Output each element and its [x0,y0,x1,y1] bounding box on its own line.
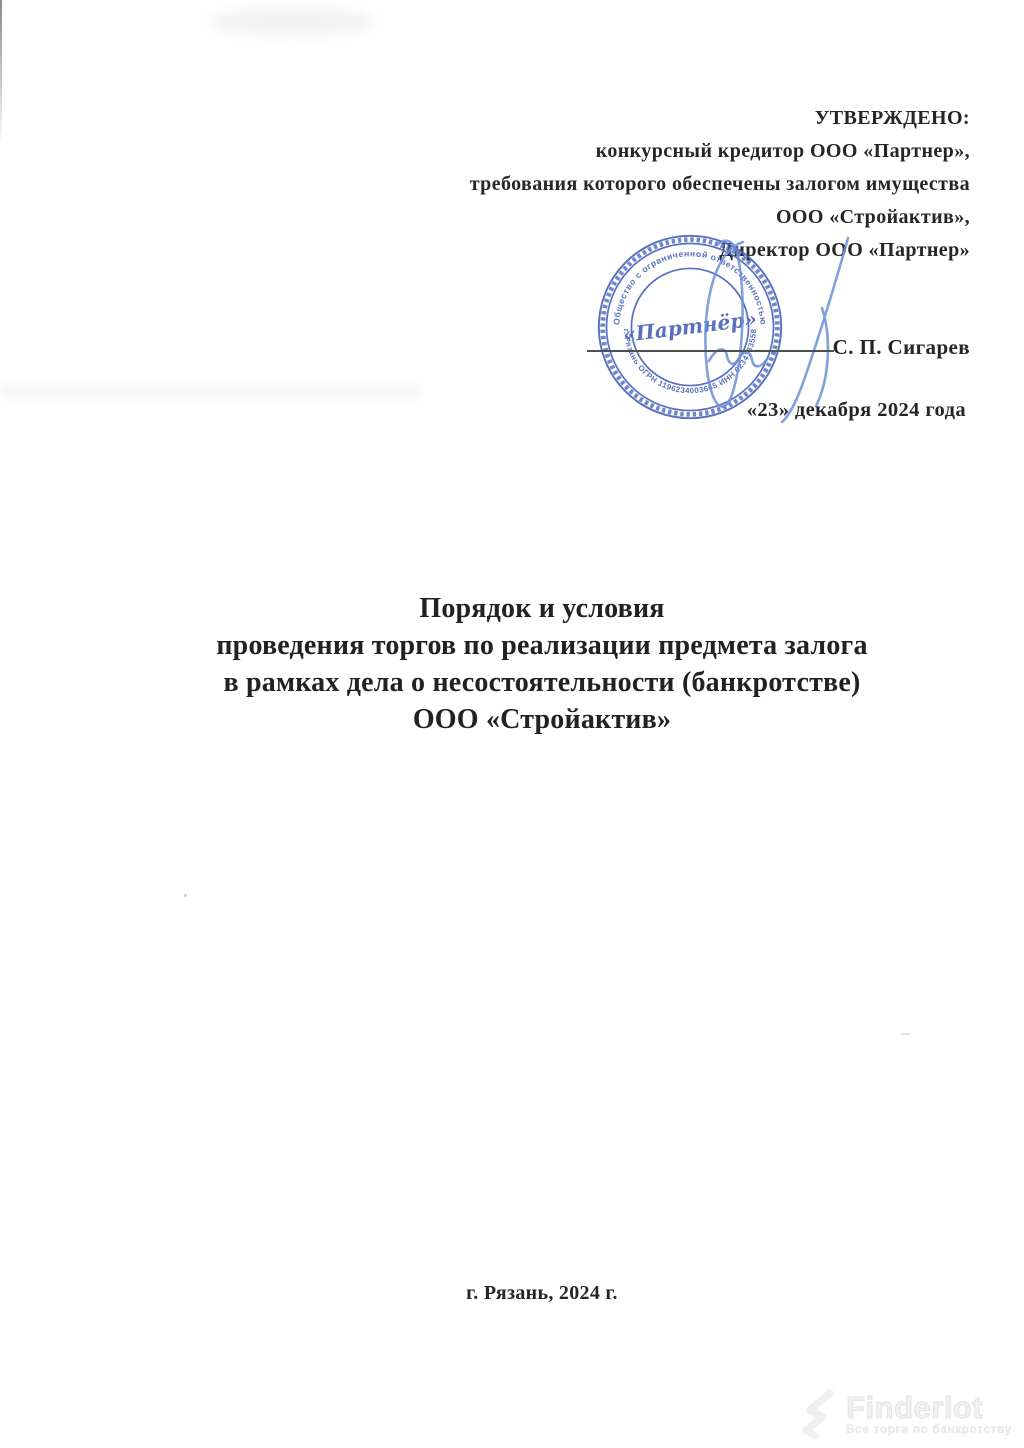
title-line-2: проведения торгов по реализации предмета… [60,627,1024,664]
approval-line-3: требования которого обеспечены залогом и… [470,168,970,201]
finderlot-logo-icon [795,1386,839,1442]
scan-speck [901,1033,910,1035]
scan-smudge [210,8,375,36]
watermark-tagline: Все торги по банкротству [846,1424,1012,1436]
signature-line [587,350,834,352]
watermark-text: Finderlot Все торги по банкротству [846,1393,1012,1436]
watermark-brand: Finderlot [846,1393,1012,1423]
scan-edge-artifact [0,0,2,145]
document-title: Порядок и условия проведения торгов по р… [60,590,1024,738]
approval-date: «23» декабря 2024 года [747,399,966,422]
city-year-line: г. Рязань, 2024 г. [60,1282,1024,1305]
title-line-4: ООО «Стройактив» [60,701,1024,738]
document-page: УТВЕРЖДЕНО: конкурсный кредитор ООО «Пар… [0,0,1024,1448]
approval-line-2: конкурсный кредитор ООО «Партнер», [470,135,970,168]
finderlot-watermark: Finderlot Все торги по банкротству [795,1386,1012,1442]
scan-shadow-band [0,384,420,399]
approval-line-1: УТВЕРЖДЕНО: [470,102,970,135]
scan-speck [184,894,187,897]
signatory-name: С. П. Сигарев [833,335,970,360]
title-line-3: в рамках дела о несостоятельности (банкр… [60,664,1024,701]
title-line-1: Порядок и условия [60,590,1024,627]
